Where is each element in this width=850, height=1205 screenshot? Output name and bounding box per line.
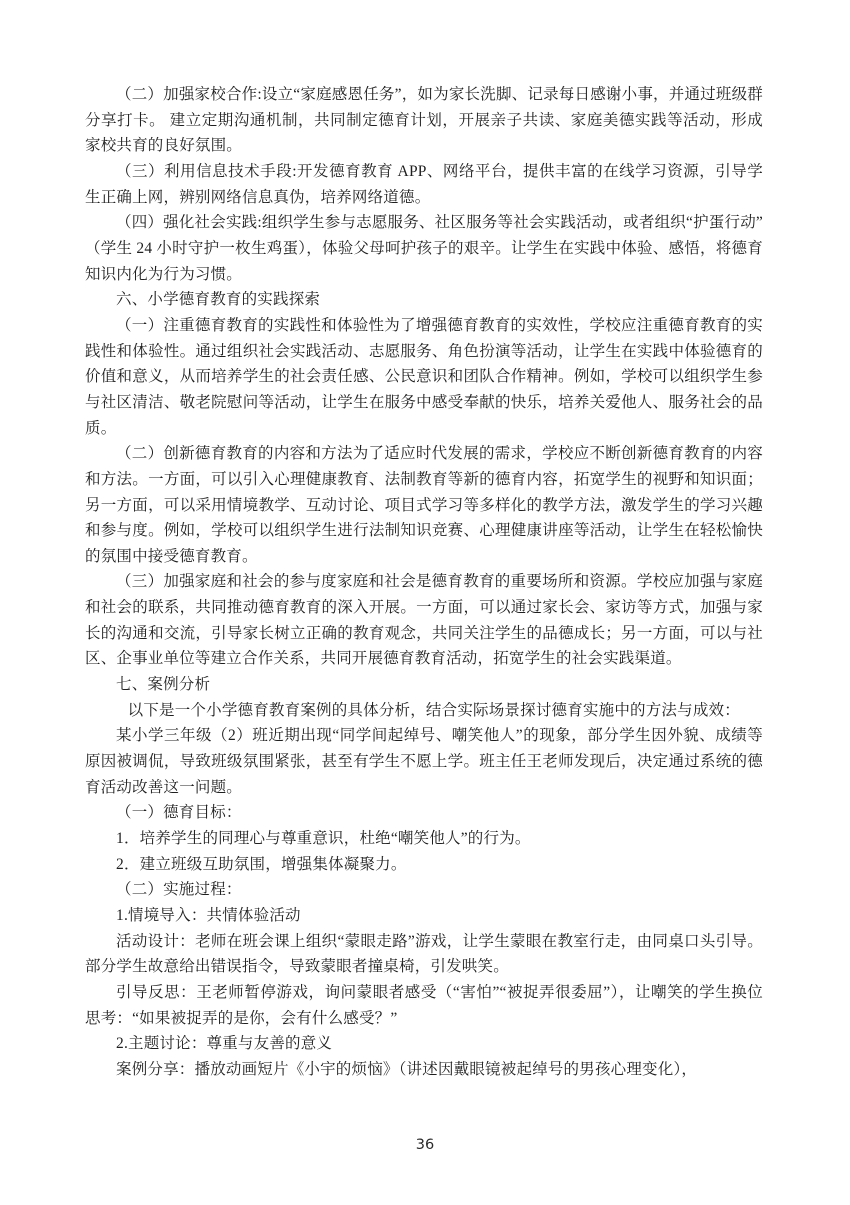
item-situation-introduction: 1.情境导入：共情体验活动 [85,903,763,929]
para-social-practice: （四）强化社会实践:组织学生参与志愿服务、社区服务等社会实践活动，或者组织“护蛋… [85,210,763,287]
para-case-intro: 以下是一个小学德育教育案例的具体分析，结合实际场景探讨德育实施中的方法与成效： [85,698,763,724]
para-information-technology: （三）利用信息技术手段:开发德育教育 APP、网络平台，提供丰富的在线学习资源，… [85,159,763,210]
para-home-school-cooperation: （二）加强家校合作:设立“家庭感恩任务”，如为家长洗脚、记录每日感谢小事，并通过… [85,82,763,159]
para-guided-reflection: 引导反思：王老师暂停游戏，询问蒙眼者感受（“害怕”“被捉弄很委屈”），让嘲笑的学… [85,980,763,1031]
page-number: 36 [416,1137,434,1153]
heading-moral-goals: （一）德育目标： [85,800,763,826]
item-goal-1: 1．培养学生的同理心与尊重意识，杜绝“嘲笑他人”的行为。 [85,826,763,852]
para-case-background: 某小学三年级（2）班近期出现“同学间起绰号、嘲笑他人”的现象，部分学生因外貌、成… [85,723,763,800]
document-body: （二）加强家校合作:设立“家庭感恩任务”，如为家长洗脚、记录每日感谢小事，并通过… [85,82,763,1083]
heading-implementation-process: （二）实施过程： [85,877,763,903]
page-footer: 36 [0,1136,850,1154]
para-innovate-content-methods: （二）创新德育教育的内容和方法为了适应时代发展的需求，学校应不断创新德育教育的内… [85,441,763,569]
document-page: （二）加强家校合作:设立“家庭感恩任务”，如为家长洗脚、记录每日感谢小事，并通过… [0,0,850,1205]
para-family-society-participation: （三）加强家庭和社会的参与度家庭和社会是德育教育的重要场所和资源。学校应加强与家… [85,569,763,672]
item-goal-2: 2．建立班级互助氛围，增强集体凝聚力。 [85,852,763,878]
para-practice-experience: （一）注重德育教育的实践性和体验性为了增强德育教育的实效性，学校应注重德育教育的… [85,313,763,441]
item-theme-discussion: 2.主题讨论：尊重与友善的意义 [85,1031,763,1057]
para-case-sharing: 案例分享：播放动画短片《小宇的烦恼》（讲述因戴眼镜被起绰号的男孩心理变化）， [85,1057,763,1083]
heading-section-six: 六、小学德育教育的实践探索 [85,287,763,313]
para-activity-design: 活动设计：老师在班会课上组织“蒙眼走路”游戏，让学生蒙眼在教室行走，由同桌口头引… [85,929,763,980]
heading-section-seven: 七、案例分析 [85,672,763,698]
